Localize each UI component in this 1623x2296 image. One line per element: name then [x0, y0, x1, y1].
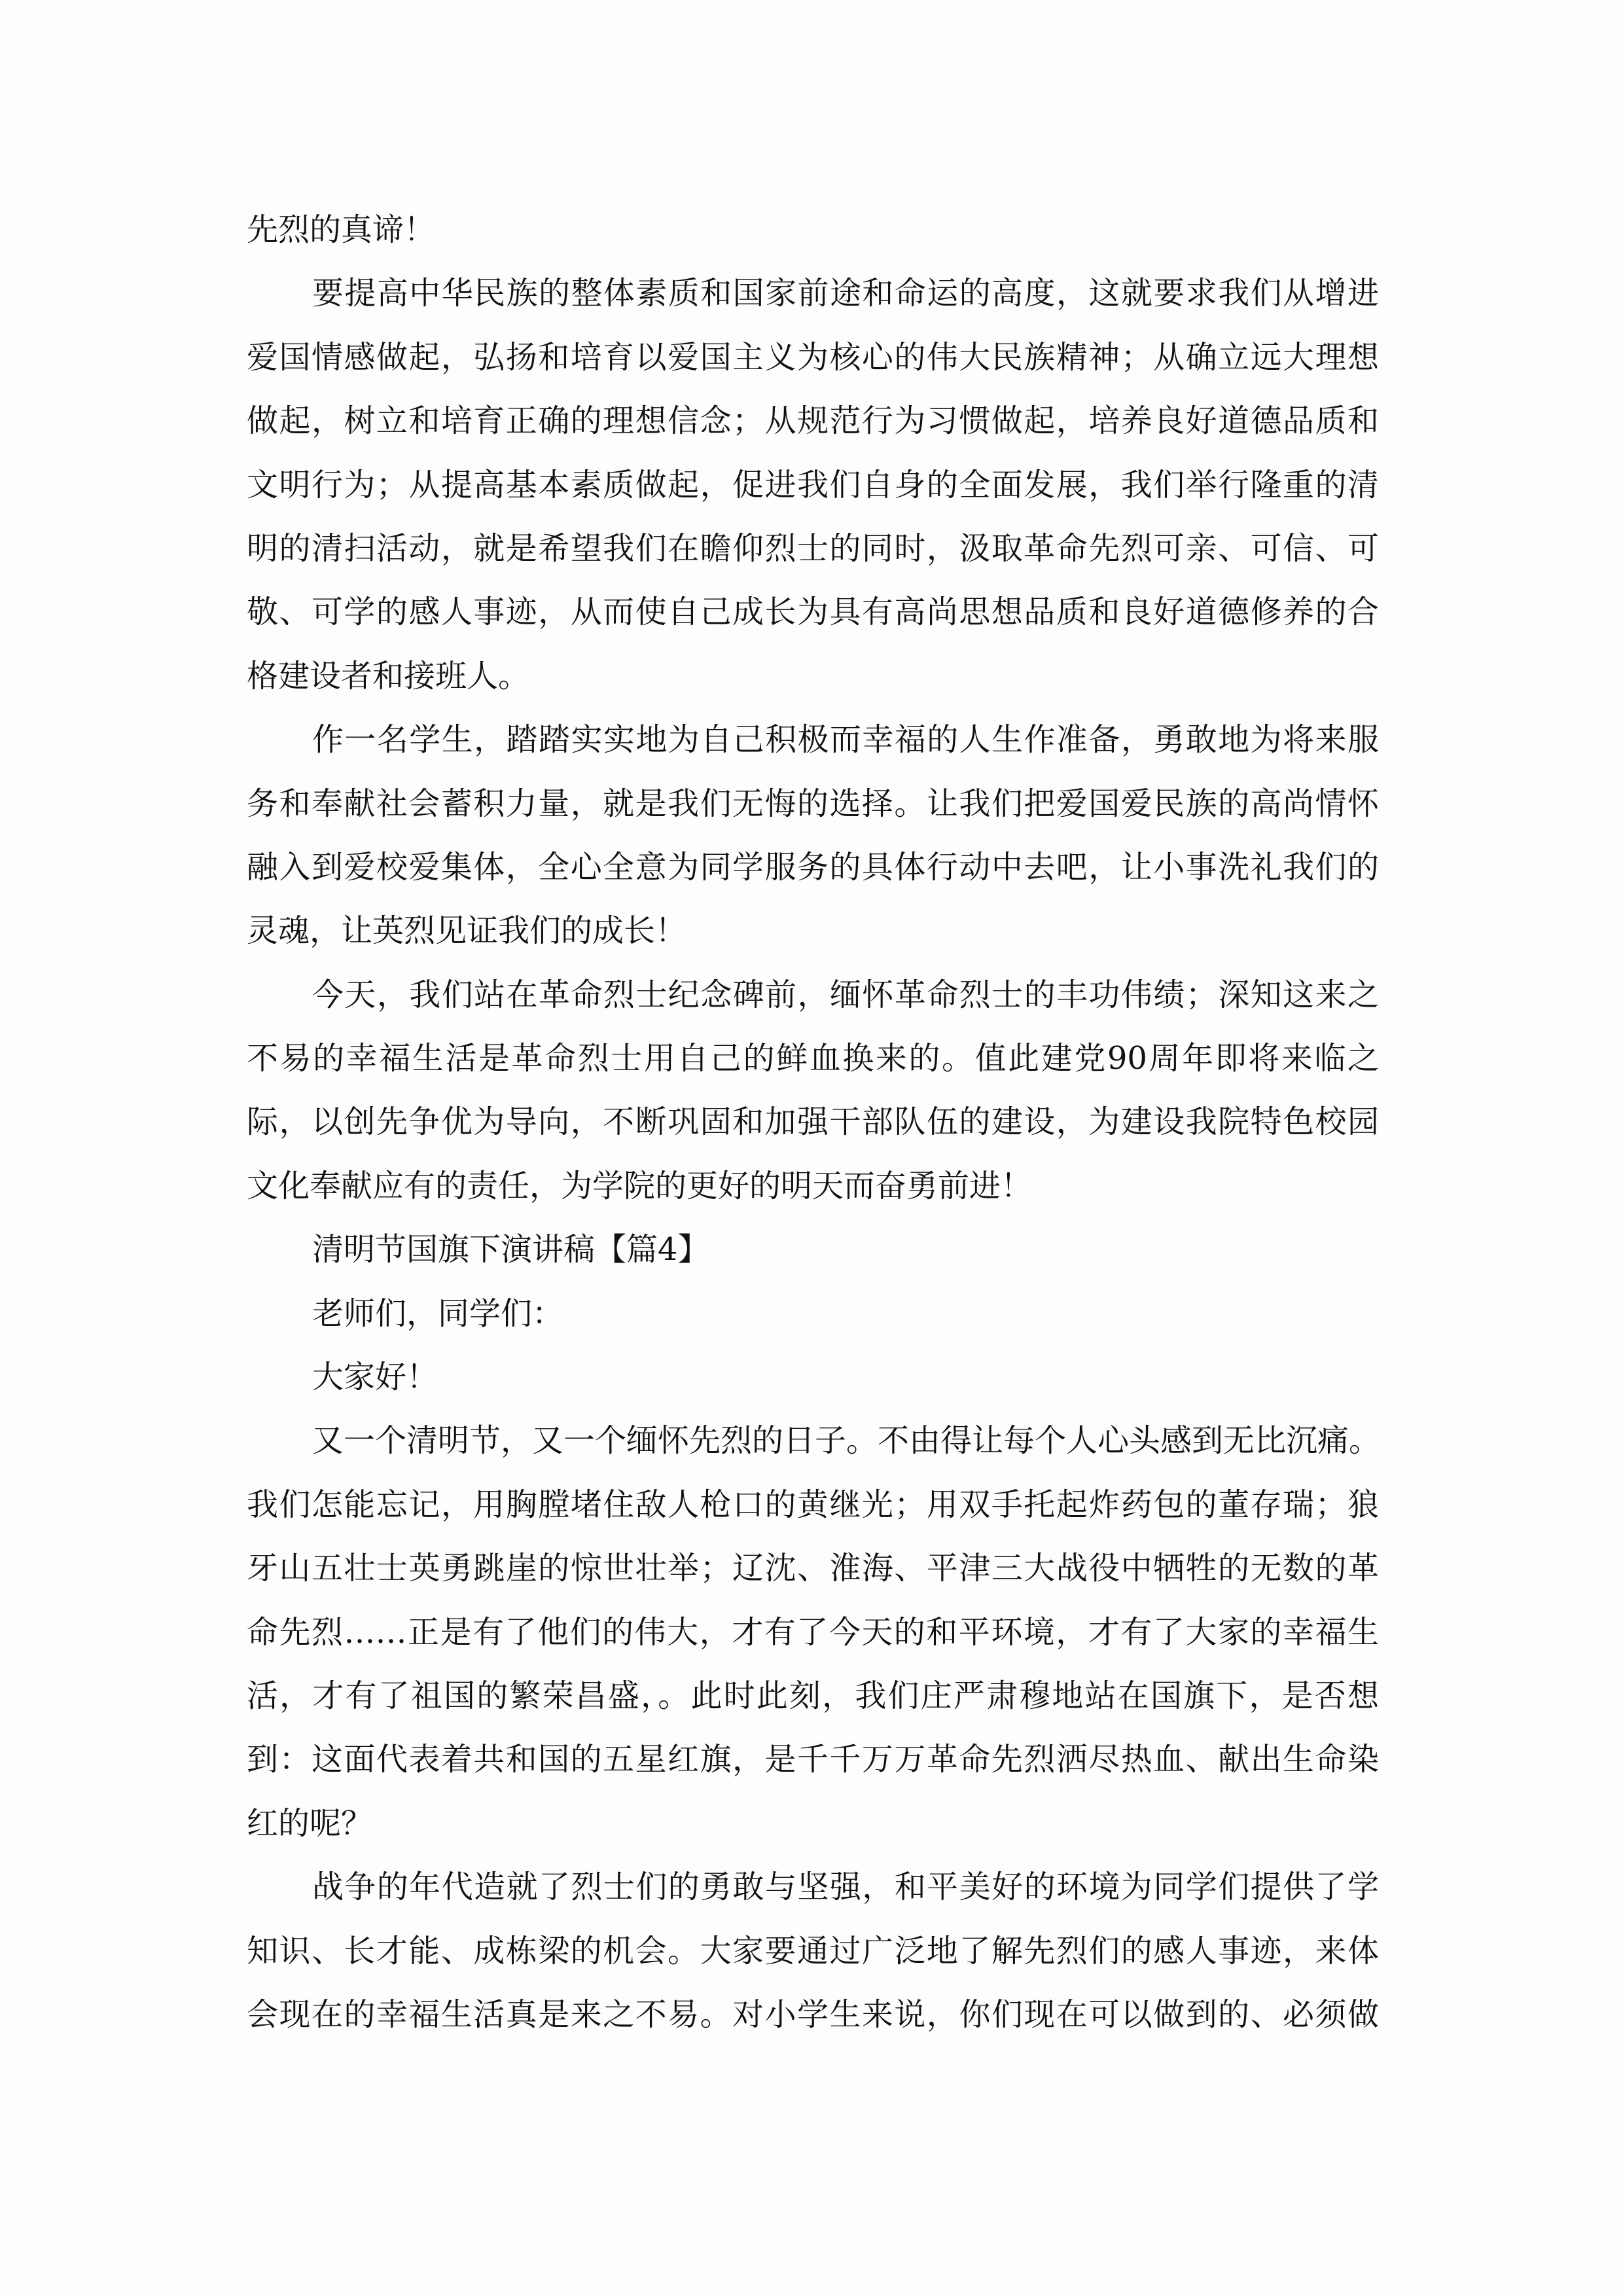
paragraph-line: 敬、可学的感人事迹，从而使自己成长为具有高尚思想品质和良好道德修养的合: [247, 581, 1379, 644]
greeting: 大家好！: [247, 1346, 1379, 1409]
paragraph-line: 格建设者和接班人。: [247, 645, 1379, 708]
paragraph-line: 红的呢？: [247, 1792, 1379, 1856]
paragraph-line: 活，才有了祖国的繁荣昌盛，。此时此刻，我们庄严肃穆地站在国旗下，是否想: [247, 1664, 1379, 1728]
paragraph-line: 务和奉献社会蓄积力量，就是我们无悔的选择。让我们把爱国爱民族的高尚情怀: [247, 772, 1379, 836]
paragraph-line: 会现在的幸福生活真是来之不易。对小学生来说，你们现在可以做到的、必须做: [247, 1983, 1379, 2047]
paragraph-line: 今天，我们站在革命烈士纪念碑前，缅怀革命烈士的丰功伟绩；深知这来之: [247, 963, 1379, 1027]
paragraph-line: 不易的幸福生活是革命烈士用自己的鲜血换来的。值此建党90周年即将来临之: [247, 1027, 1379, 1090]
paragraph-line: 战争的年代造就了烈士们的勇敢与坚强，和平美好的环境为同学们提供了学: [247, 1856, 1379, 1919]
paragraph-line: 我们怎能忘记，用胸膛堵住敌人枪口的黄继光；用双手托起炸药包的董存瑞；狼: [247, 1473, 1379, 1537]
paragraph-line: 要提高中华民族的整体素质和国家前途和命运的高度，这就要求我们从增进: [247, 262, 1379, 325]
paragraph-line: 做起，树立和培育正确的理想信念；从规范行为习惯做起，培养良好道德品质和: [247, 389, 1379, 453]
paragraph-line: 融入到爱校爱集体，全心全意为同学服务的具体行动中去吧，让小事洗礼我们的: [247, 836, 1379, 899]
paragraph-line: 又一个清明节，又一个缅怀先烈的日子。不由得让每个人心头感到无比沉痛。: [247, 1409, 1379, 1473]
paragraph-line: 爱国情感做起，弘扬和培育以爱国主义为核心的伟大民族精神；从确立远大理想: [247, 326, 1379, 389]
paragraph-line: 文化奉献应有的责任，为学院的更好的明天而奋勇前进！: [247, 1155, 1379, 1218]
section-heading: 清明节国旗下演讲稿【篇4】: [247, 1218, 1379, 1282]
salutation: 老师们，同学们：: [247, 1282, 1379, 1346]
paragraph-line: 到：这面代表着共和国的五星红旗，是千千万万革命先烈洒尽热血、献出生命染: [247, 1728, 1379, 1791]
paragraph-line: 牙山五壮士英勇跳崖的惊世壮举；辽沈、淮海、平津三大战役中牺牲的无数的革: [247, 1537, 1379, 1600]
paragraph-line: 作一名学生，踏踏实实地为自己积极而幸福的人生作准备，勇敢地为将来服: [247, 708, 1379, 772]
document-page: 先烈的真谛！ 要提高中华民族的整体素质和国家前途和命运的高度，这就要求我们从增进…: [0, 0, 1623, 2296]
paragraph-line: 命先烈……正是有了他们的伟大，才有了今天的和平环境，才有了大家的幸福生: [247, 1601, 1379, 1664]
paragraph-line: 知识、长才能、成栋梁的机会。大家要通过广泛地了解先烈们的感人事迹，来体: [247, 1920, 1379, 1983]
paragraph-line: 文明行为；从提高基本素质做起，促进我们自身的全面发展，我们举行隆重的清: [247, 454, 1379, 517]
document-body: 先烈的真谛！ 要提高中华民族的整体素质和国家前途和命运的高度，这就要求我们从增进…: [247, 198, 1379, 2047]
paragraph-line: 灵魂，让英烈见证我们的成长！: [247, 899, 1379, 963]
paragraph-line: 际，以创先争优为导向，不断巩固和加强干部队伍的建设，为建设我院特色校园: [247, 1090, 1379, 1154]
paragraph-line: 明的清扫活动，就是希望我们在瞻仰烈士的同时，汲取革命先烈可亲、可信、可: [247, 517, 1379, 581]
paragraph-line: 先烈的真谛！: [247, 198, 1379, 262]
